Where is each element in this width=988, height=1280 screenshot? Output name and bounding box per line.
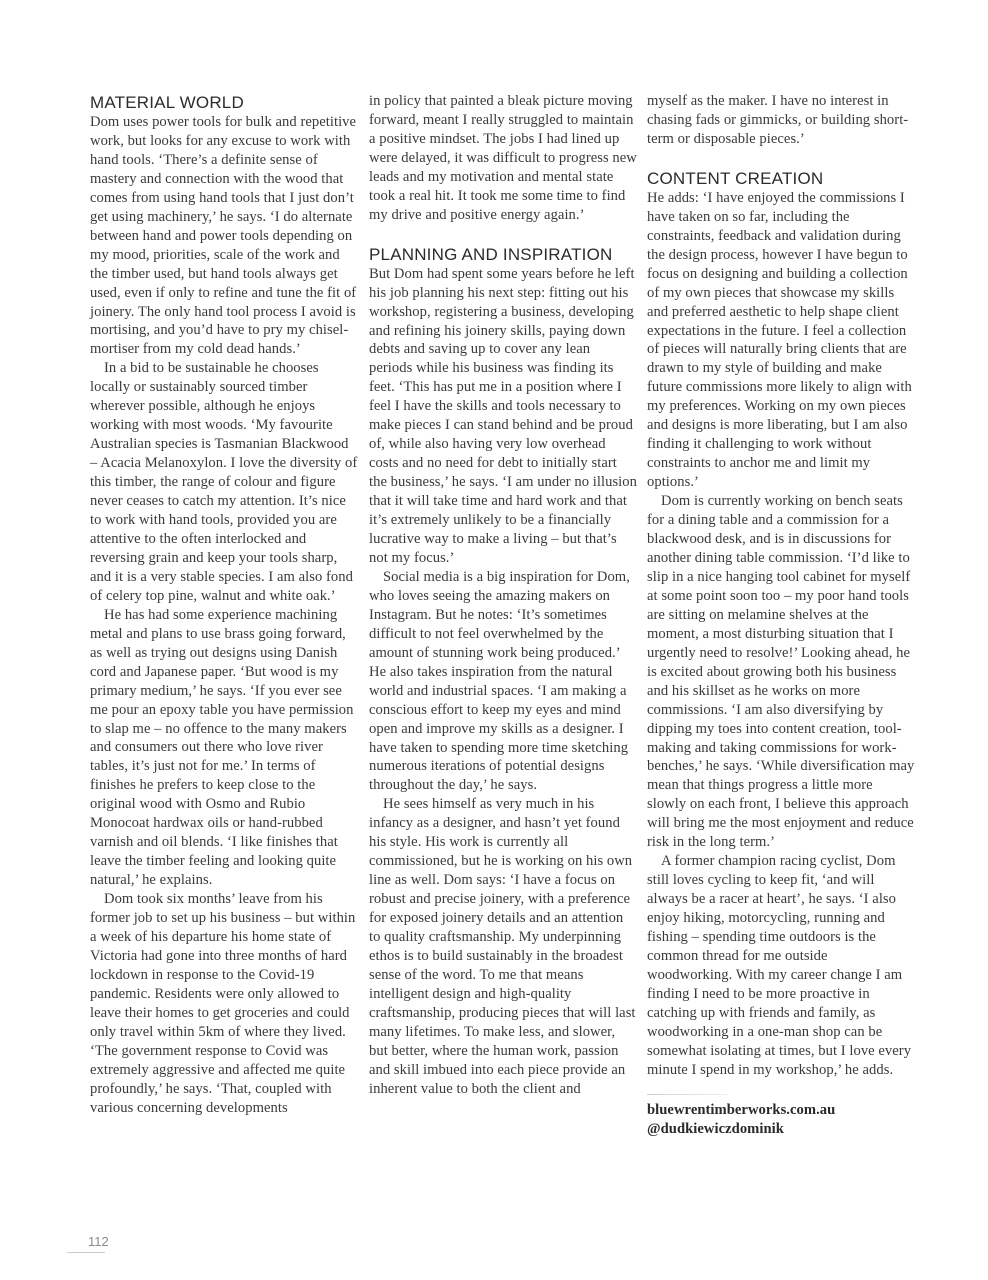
- article-column-2: in policy that painted a bleak picture m…: [369, 92, 637, 1099]
- body-paragraph: Dom is currently working on bench seats …: [647, 492, 915, 852]
- body-paragraph: Dom took six months’ leave from his form…: [90, 890, 358, 1117]
- section-heading-planning-and-inspiration: PLANNING AND INSPIRATION: [369, 244, 637, 265]
- body-paragraph: But Dom had spent some years before he l…: [369, 265, 637, 568]
- section-spacer: [647, 149, 915, 168]
- body-paragraph: Social media is a big inspiration for Do…: [369, 568, 637, 795]
- page-number: 112: [88, 1234, 109, 1249]
- contact-divider: [647, 1094, 727, 1095]
- website-link[interactable]: bluewrentimberworks.com.au: [647, 1101, 915, 1120]
- instagram-handle-link[interactable]: @dudkiewiczdominik: [647, 1120, 915, 1139]
- body-paragraph: A former champion racing cyclist, Dom st…: [647, 852, 915, 1079]
- article-column-1: MATERIAL WORLD Dom uses power tools for …: [90, 92, 358, 1118]
- body-paragraph: He sees himself as very much in his infa…: [369, 795, 637, 1098]
- section-heading-material-world: MATERIAL WORLD: [90, 92, 358, 113]
- article-column-3: myself as the maker. I have no interest …: [647, 92, 915, 1139]
- section-spacer: [369, 225, 637, 244]
- section-heading-content-creation: CONTENT CREATION: [647, 168, 915, 189]
- body-paragraph-continuation: myself as the maker. I have no interest …: [647, 92, 915, 149]
- page-number-rule: [67, 1252, 105, 1253]
- body-paragraph: He has had some experience machining met…: [90, 606, 358, 890]
- body-paragraph: Dom uses power tools for bulk and repeti…: [90, 113, 358, 359]
- body-paragraph-continuation: in policy that painted a bleak picture m…: [369, 92, 637, 225]
- body-paragraph: In a bid to be sustainable he chooses lo…: [90, 359, 358, 605]
- body-paragraph: He adds: ‘I have enjoyed the commissions…: [647, 189, 915, 492]
